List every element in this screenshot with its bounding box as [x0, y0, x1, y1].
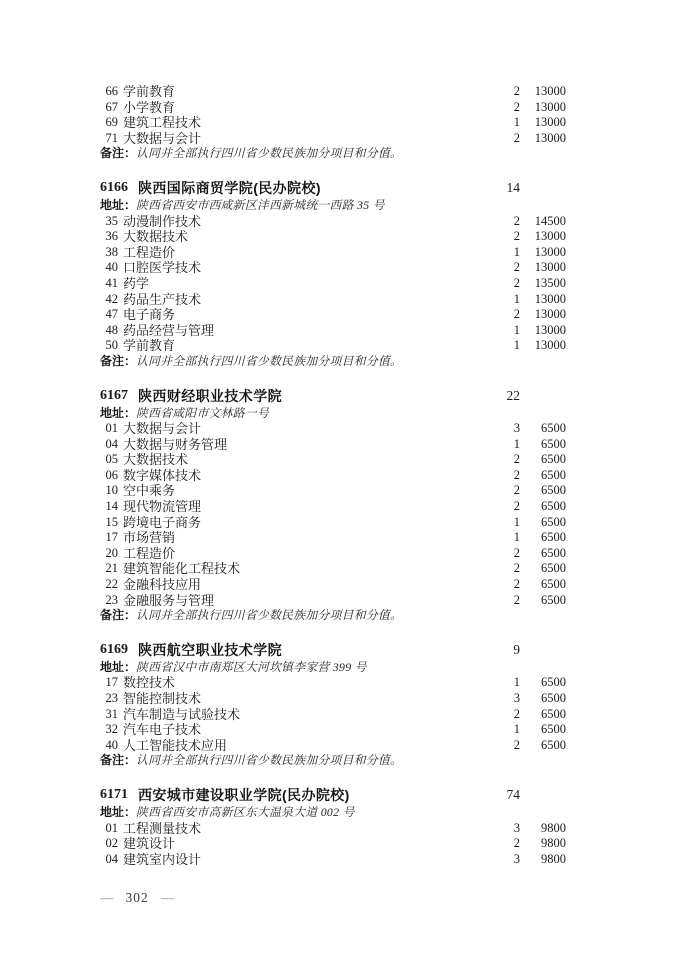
major-tuition-fee: 13000 [498, 323, 566, 339]
major-number: 36 [101, 229, 118, 245]
college-section: 66 学前教育 2 13000 67 小学教育 2 13000 69 建筑工程技… [0, 84, 680, 162]
major-tuition-fee: 6500 [498, 483, 566, 499]
major-tuition-fee: 6500 [498, 675, 566, 691]
major-row: 14 现代物流管理 2 6500 [0, 499, 680, 515]
college-total-plan: 22 [470, 386, 520, 406]
major-tuition-fee: 9800 [498, 852, 566, 868]
remark-row: 备注： 认同并全部执行四川省少数民族加分项目和分值。 [0, 753, 680, 769]
major-tuition-fee: 6500 [498, 546, 566, 562]
address-text: 陕西省西安市西咸新区沣西新城统一西路 35 号 [136, 198, 385, 214]
document-page: 66 学前教育 2 13000 67 小学教育 2 13000 69 建筑工程技… [0, 0, 680, 961]
major-name: 现代物流管理 [123, 499, 201, 515]
address-label: 地址： [100, 406, 136, 422]
major-row: 31 汽车制造与试验技术 2 6500 [0, 707, 680, 723]
major-number: 50 [101, 338, 118, 354]
college-section: 6169 陕西航空职业技术学院 9 地址： 陕西省汉中市南郑区大河坎镇李家营 3… [0, 640, 680, 769]
remark-text: 认同并全部执行四川省少数民族加分项目和分值。 [136, 608, 402, 624]
major-number: 41 [101, 276, 118, 292]
major-name: 药品经营与管理 [123, 323, 214, 339]
major-tuition-fee: 6500 [498, 691, 566, 707]
remark-row: 备注： 认同并全部执行四川省少数民族加分项目和分值。 [0, 354, 680, 370]
major-tuition-fee: 13000 [498, 307, 566, 323]
major-tuition-fee: 6500 [498, 468, 566, 484]
major-name: 人工智能技术应用 [123, 738, 227, 754]
remark-label: 备注： [100, 753, 136, 769]
major-number: 40 [101, 738, 118, 754]
address-label: 地址： [100, 660, 136, 676]
major-row: 06 数字媒体技术 2 6500 [0, 468, 680, 484]
major-number: 47 [101, 307, 118, 323]
footer-dash-right: — [161, 890, 175, 905]
address-text: 陕西省汉中市南郑区大河坎镇李家营 399 号 [136, 660, 367, 676]
major-row: 66 学前教育 2 13000 [0, 84, 680, 100]
major-number: 31 [101, 707, 118, 723]
major-tuition-fee: 13000 [498, 260, 566, 276]
college-total-plan: 9 [470, 640, 520, 660]
college-address-row: 地址： 陕西省咸阳市文林路一号 [0, 406, 680, 422]
major-row: 50 学前教育 1 13000 [0, 338, 680, 354]
major-tuition-fee: 9800 [498, 821, 566, 837]
major-row: 04 大数据与财务管理 1 6500 [0, 437, 680, 453]
college-name: 西安城市建设职业学院(民办院校) [138, 785, 350, 805]
major-list: 35 动漫制作技术 2 14500 36 大数据技术 2 13000 38 工程… [0, 214, 680, 354]
major-tuition-fee: 6500 [498, 722, 566, 738]
major-number: 01 [101, 821, 118, 837]
major-name: 大数据与会计 [123, 131, 201, 147]
major-tuition-fee: 13000 [498, 100, 566, 116]
major-row: 32 汽车电子技术 1 6500 [0, 722, 680, 738]
sections-container: 66 学前教育 2 13000 67 小学教育 2 13000 69 建筑工程技… [0, 84, 680, 867]
major-number: 14 [101, 499, 118, 515]
major-name: 金融服务与管理 [123, 593, 214, 609]
college-name: 陕西航空职业技术学院 [138, 640, 282, 660]
major-tuition-fee: 6500 [498, 515, 566, 531]
major-number: 42 [101, 292, 118, 308]
college-code: 6167 [100, 386, 128, 406]
major-row: 69 建筑工程技术 1 13000 [0, 115, 680, 131]
major-number: 35 [101, 214, 118, 230]
remark-label: 备注： [100, 354, 136, 370]
footer-dash-left: — [100, 890, 114, 905]
major-row: 35 动漫制作技术 2 14500 [0, 214, 680, 230]
major-name: 汽车制造与试验技术 [123, 707, 240, 723]
major-tuition-fee: 6500 [498, 561, 566, 577]
major-row: 38 工程造价 1 13000 [0, 245, 680, 261]
major-name: 跨境电子商务 [123, 515, 201, 531]
major-number: 01 [101, 421, 118, 437]
major-row: 21 建筑智能化工程技术 2 6500 [0, 561, 680, 577]
footer-page-number: 302 [126, 890, 149, 905]
major-row: 40 口腔医学技术 2 13000 [0, 260, 680, 276]
major-name: 金融科技应用 [123, 577, 201, 593]
major-name: 数控技术 [123, 675, 175, 691]
major-row: 36 大数据技术 2 13000 [0, 229, 680, 245]
major-name: 建筑室内设计 [123, 852, 201, 868]
college-header: 6169 陕西航空职业技术学院 9 [0, 640, 680, 660]
major-list: 17 数控技术 1 6500 23 智能控制技术 3 6500 31 汽车制造与… [0, 675, 680, 753]
college-total-plan: 74 [470, 785, 520, 805]
remark-text: 认同并全部执行四川省少数民族加分项目和分值。 [136, 753, 402, 769]
college-code: 6166 [100, 178, 128, 198]
major-row: 01 大数据与会计 3 6500 [0, 421, 680, 437]
major-row: 23 智能控制技术 3 6500 [0, 691, 680, 707]
major-name: 工程造价 [123, 546, 175, 562]
major-number: 06 [101, 468, 118, 484]
major-tuition-fee: 13000 [498, 292, 566, 308]
major-number: 17 [101, 675, 118, 691]
major-row: 22 金融科技应用 2 6500 [0, 577, 680, 593]
major-row: 42 药品生产技术 1 13000 [0, 292, 680, 308]
college-section: 6166 陕西国际商贸学院(民办院校) 14 地址： 陕西省西安市西咸新区沣西新… [0, 178, 680, 370]
major-row: 04 建筑室内设计 3 9800 [0, 852, 680, 868]
major-tuition-fee: 6500 [498, 577, 566, 593]
college-header: 6167 陕西财经职业技术学院 22 [0, 386, 680, 406]
college-address-row: 地址： 陕西省汉中市南郑区大河坎镇李家营 399 号 [0, 660, 680, 676]
major-row: 67 小学教育 2 13000 [0, 100, 680, 116]
major-tuition-fee: 13500 [498, 276, 566, 292]
major-tuition-fee: 9800 [498, 836, 566, 852]
major-name: 建筑设计 [123, 836, 175, 852]
major-tuition-fee: 13000 [498, 245, 566, 261]
major-name: 药品生产技术 [123, 292, 201, 308]
major-number: 04 [101, 437, 118, 453]
college-code: 6169 [100, 640, 128, 660]
major-row: 17 市场营销 1 6500 [0, 530, 680, 546]
major-number: 05 [101, 452, 118, 468]
major-tuition-fee: 6500 [498, 437, 566, 453]
major-row: 71 大数据与会计 2 13000 [0, 131, 680, 147]
remark-text: 认同并全部执行四川省少数民族加分项目和分值。 [136, 354, 402, 370]
major-name: 空中乘务 [123, 483, 175, 499]
major-number: 40 [101, 260, 118, 276]
major-number: 32 [101, 722, 118, 738]
college-section: 6171 西安城市建设职业学院(民办院校) 74 地址： 陕西省西安市高新区东大… [0, 785, 680, 867]
major-name: 大数据技术 [123, 229, 188, 245]
major-list: 66 学前教育 2 13000 67 小学教育 2 13000 69 建筑工程技… [0, 84, 680, 146]
major-number: 21 [101, 561, 118, 577]
major-tuition-fee: 13000 [498, 338, 566, 354]
major-tuition-fee: 6500 [498, 452, 566, 468]
major-number: 71 [101, 131, 118, 147]
address-label: 地址： [100, 198, 136, 214]
major-row: 01 工程测量技术 3 9800 [0, 821, 680, 837]
major-row: 05 大数据技术 2 6500 [0, 452, 680, 468]
major-name: 工程造价 [123, 245, 175, 261]
major-number: 17 [101, 530, 118, 546]
major-name: 工程测量技术 [123, 821, 201, 837]
major-number: 23 [101, 593, 118, 609]
major-row: 10 空中乘务 2 6500 [0, 483, 680, 499]
major-row: 17 数控技术 1 6500 [0, 675, 680, 691]
major-tuition-fee: 6500 [498, 499, 566, 515]
college-total-plan: 14 [470, 178, 520, 198]
major-name: 建筑智能化工程技术 [123, 561, 240, 577]
remark-text: 认同并全部执行四川省少数民族加分项目和分值。 [136, 146, 402, 162]
college-section: 6167 陕西财经职业技术学院 22 地址： 陕西省咸阳市文林路一号 01 大数… [0, 386, 680, 624]
major-number: 67 [101, 100, 118, 116]
major-tuition-fee: 13000 [498, 115, 566, 131]
major-row: 02 建筑设计 2 9800 [0, 836, 680, 852]
major-number: 02 [101, 836, 118, 852]
major-name: 学前教育 [123, 338, 175, 354]
remark-label: 备注： [100, 608, 136, 624]
major-name: 口腔医学技术 [123, 260, 201, 276]
major-name: 小学教育 [123, 100, 175, 116]
major-tuition-fee: 6500 [498, 738, 566, 754]
remark-label: 备注： [100, 146, 136, 162]
major-tuition-fee: 6500 [498, 707, 566, 723]
major-tuition-fee: 14500 [498, 214, 566, 230]
major-name: 数字媒体技术 [123, 468, 201, 484]
major-number: 10 [101, 483, 118, 499]
major-number: 15 [101, 515, 118, 531]
major-name: 药学 [123, 276, 149, 292]
college-header: 6166 陕西国际商贸学院(民办院校) 14 [0, 178, 680, 198]
major-name: 市场营销 [123, 530, 175, 546]
remark-row: 备注： 认同并全部执行四川省少数民族加分项目和分值。 [0, 146, 680, 162]
major-list: 01 工程测量技术 3 9800 02 建筑设计 2 9800 04 建筑室内设… [0, 821, 680, 868]
major-number: 04 [101, 852, 118, 868]
major-number: 22 [101, 577, 118, 593]
major-tuition-fee: 13000 [498, 131, 566, 147]
major-row: 20 工程造价 2 6500 [0, 546, 680, 562]
major-number: 20 [101, 546, 118, 562]
major-row: 15 跨境电子商务 1 6500 [0, 515, 680, 531]
major-tuition-fee: 13000 [498, 84, 566, 100]
major-name: 动漫制作技术 [123, 214, 201, 230]
major-name: 建筑工程技术 [123, 115, 201, 131]
major-list: 01 大数据与会计 3 6500 04 大数据与财务管理 1 6500 05 大… [0, 421, 680, 608]
major-name: 学前教育 [123, 84, 175, 100]
remark-row: 备注： 认同并全部执行四川省少数民族加分项目和分值。 [0, 608, 680, 624]
major-tuition-fee: 6500 [498, 530, 566, 546]
major-tuition-fee: 6500 [498, 593, 566, 609]
college-name: 陕西财经职业技术学院 [138, 386, 282, 406]
major-row: 40 人工智能技术应用 2 6500 [0, 738, 680, 754]
major-name: 大数据与财务管理 [123, 437, 227, 453]
major-name: 电子商务 [123, 307, 175, 323]
college-header: 6171 西安城市建设职业学院(民办院校) 74 [0, 785, 680, 805]
major-number: 69 [101, 115, 118, 131]
major-number: 66 [101, 84, 118, 100]
address-text: 陕西省咸阳市文林路一号 [136, 406, 269, 422]
major-tuition-fee: 13000 [498, 229, 566, 245]
major-name: 大数据与会计 [123, 421, 201, 437]
college-code: 6171 [100, 785, 128, 805]
address-text: 陕西省西安市高新区东大温泉大道 002 号 [136, 805, 355, 821]
major-row: 47 电子商务 2 13000 [0, 307, 680, 323]
page-footer: —302— [100, 890, 174, 906]
college-address-row: 地址： 陕西省西安市西咸新区沣西新城统一西路 35 号 [0, 198, 680, 214]
major-name: 汽车电子技术 [123, 722, 201, 738]
major-number: 48 [101, 323, 118, 339]
major-name: 智能控制技术 [123, 691, 201, 707]
address-label: 地址： [100, 805, 136, 821]
college-address-row: 地址： 陕西省西安市高新区东大温泉大道 002 号 [0, 805, 680, 821]
major-tuition-fee: 6500 [498, 421, 566, 437]
major-number: 23 [101, 691, 118, 707]
major-number: 38 [101, 245, 118, 261]
major-name: 大数据技术 [123, 452, 188, 468]
major-row: 23 金融服务与管理 2 6500 [0, 593, 680, 609]
major-row: 41 药学 2 13500 [0, 276, 680, 292]
major-row: 48 药品经营与管理 1 13000 [0, 323, 680, 339]
college-name: 陕西国际商贸学院(民办院校) [138, 178, 321, 198]
